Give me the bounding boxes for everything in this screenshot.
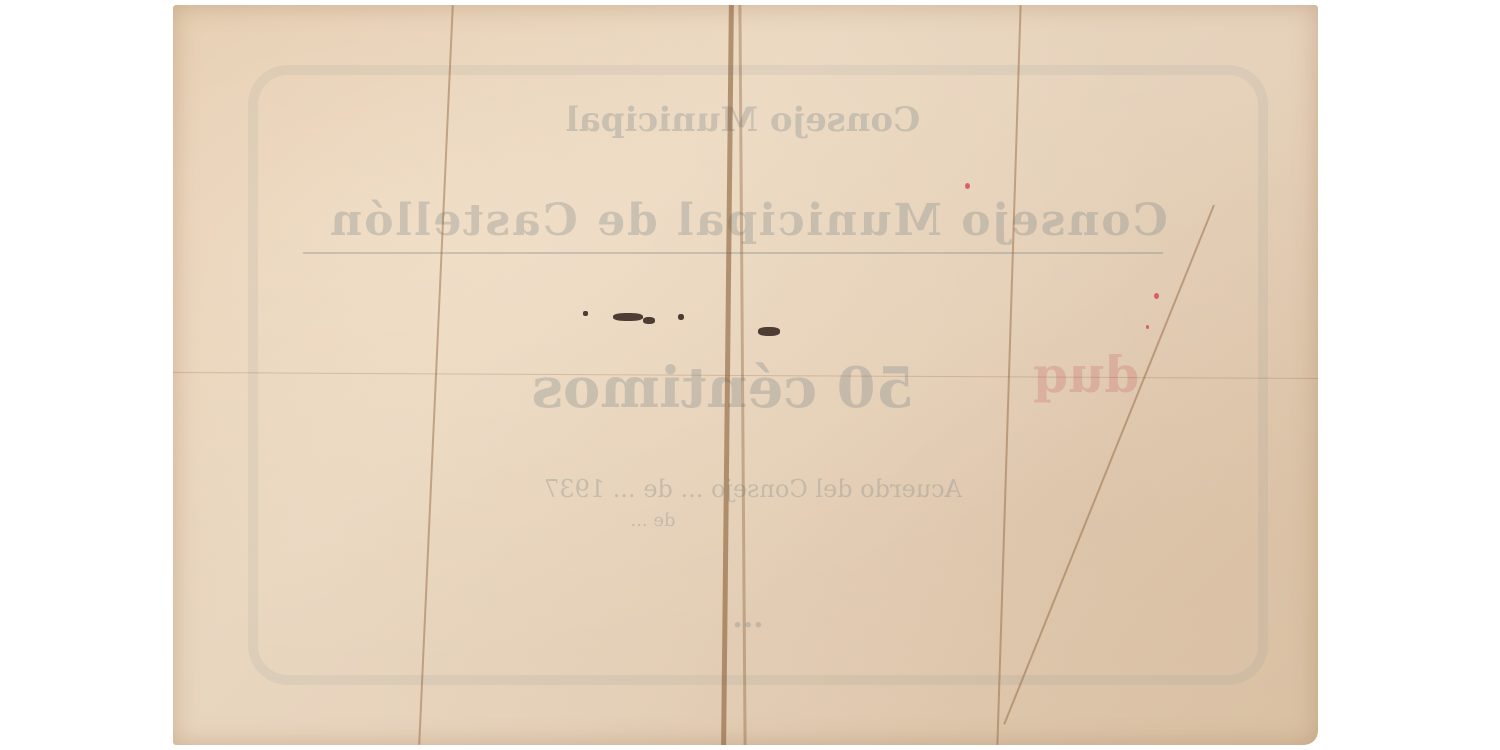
red-ink-dot xyxy=(1154,293,1159,299)
ink-spot xyxy=(678,314,684,320)
bleed-through-line-2: de ... xyxy=(503,510,803,531)
ink-spot xyxy=(583,311,588,316)
bleed-through-line-1: Acuerdo del Consejo ... de ... 1937 xyxy=(303,475,1203,503)
ink-spot xyxy=(643,317,655,324)
ink-spot xyxy=(758,327,780,336)
bleed-through-bottom: ... xyxy=(273,600,1223,635)
bleed-through-top-line: Consejo Municipal xyxy=(293,100,1193,140)
bleed-through-title: Consejo Municipal de Castellón xyxy=(323,195,1173,246)
bleed-through-rule xyxy=(303,252,1163,254)
red-stamp-bleed: duq xyxy=(1033,345,1139,404)
red-ink-dot xyxy=(1146,325,1149,329)
bleed-through-value: 50 céntimos xyxy=(473,355,973,421)
banknote-reverse: Consejo Municipal Consejo Municipal de C… xyxy=(173,5,1318,745)
ink-spot xyxy=(613,313,643,321)
red-ink-dot xyxy=(965,183,970,189)
